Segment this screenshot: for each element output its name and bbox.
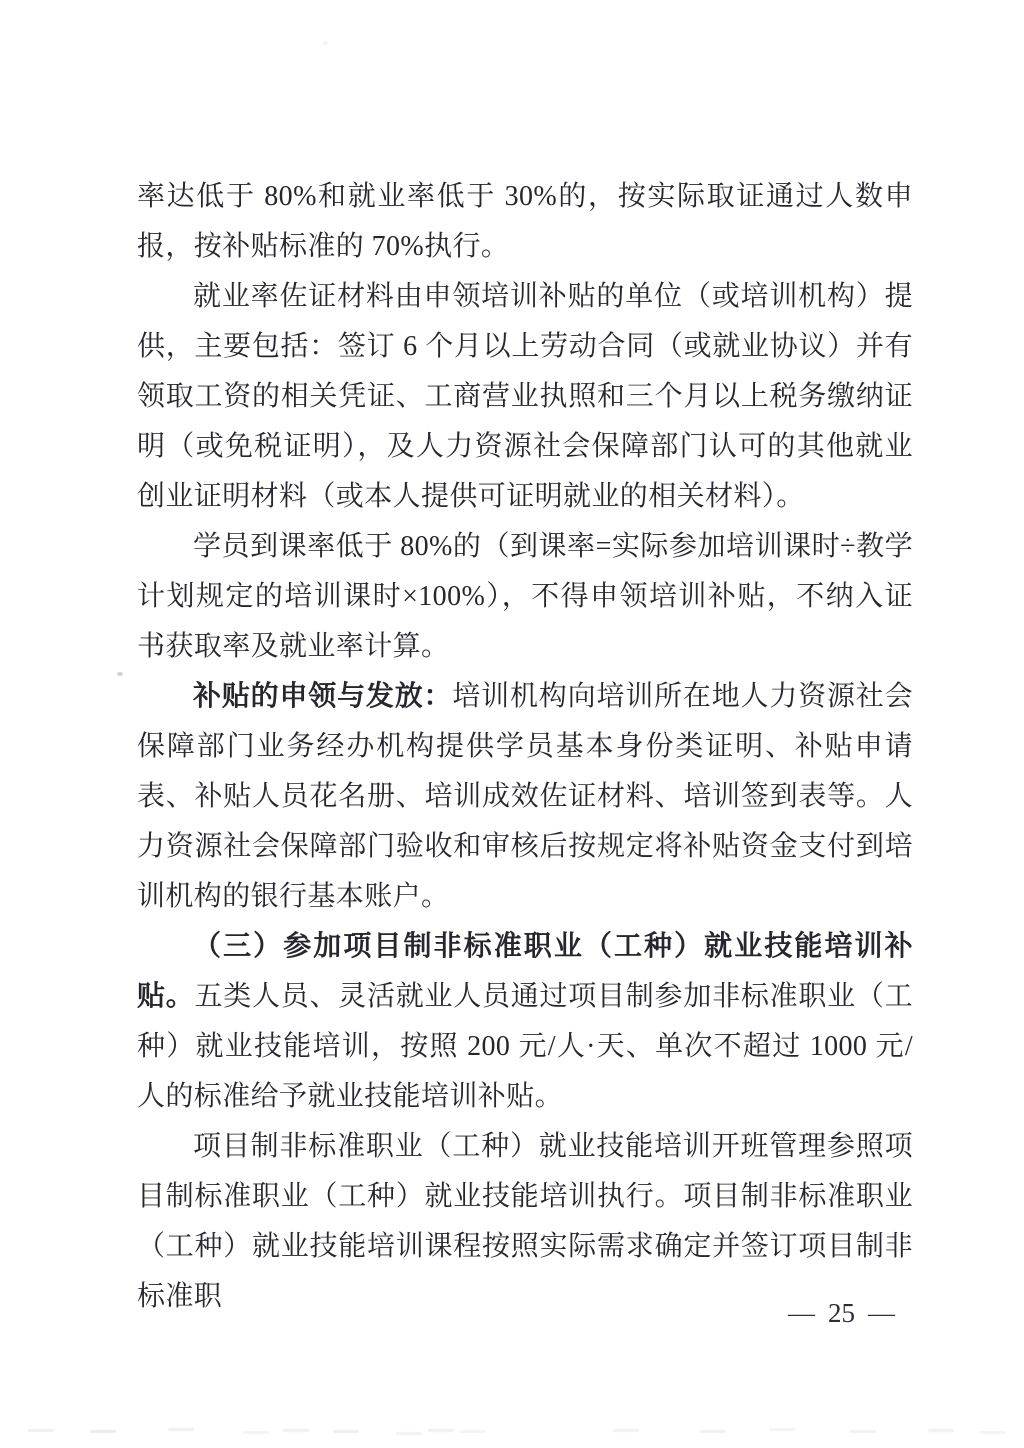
paragraph-3: 学员到课率低于 80%的（到课率=实际参加培训课时÷教学计划规定的培训课时×10… bbox=[137, 522, 913, 672]
paragraph-6: 项目制非标准职业（工种）就业技能培训开班管理参照项目制标准职业（工种）就业技能培… bbox=[137, 1122, 913, 1322]
text-block: 率达低于 80%和就业率低于 30%的，按实际取证通过人数申报，按补贴标准的 7… bbox=[137, 172, 913, 1322]
body-text: 就业率佐证材料由申领培训补贴的单位（或培训机构）提供，主要包括：签订 6 个月以… bbox=[137, 281, 913, 512]
page-number: — 25 — bbox=[788, 1298, 895, 1329]
body-text: 培训机构向培训所在地人力资源社会保障部门业务经办机构提供学员基本身份类证明、补贴… bbox=[137, 681, 913, 912]
body-text: 学员到课率低于 80%的（到课率=实际参加培训课时÷教学计划规定的培训课时×10… bbox=[137, 531, 913, 662]
page-number-dash-right: — bbox=[868, 1300, 895, 1328]
page-number-dash-left: — bbox=[788, 1300, 815, 1328]
paragraph-2: 就业率佐证材料由申领培训补贴的单位（或培训机构）提供，主要包括：签订 6 个月以… bbox=[137, 272, 913, 522]
document-page: 率达低于 80%和就业率低于 30%的，按实际取证通过人数申报，按补贴标准的 7… bbox=[0, 0, 1024, 1448]
paragraph-5: （三）参加项目制非标准职业（工种）就业技能培训补贴。五类人员、灵活就业人员通过项… bbox=[137, 922, 913, 1122]
page-number-value: 25 bbox=[828, 1298, 855, 1329]
inline-heading: 补贴的申领与发放： bbox=[193, 681, 452, 712]
paragraph-4: 补贴的申领与发放：培训机构向培训所在地人力资源社会保障部门业务经办机构提供学员基… bbox=[137, 672, 913, 922]
body-text: 五类人员、灵活就业人员通过项目制参加非标准职业（工种）就业技能培训，按照 200… bbox=[137, 981, 913, 1112]
body-text: 项目制非标准职业（工种）就业技能培训开班管理参照项目制标准职业（工种）就业技能培… bbox=[137, 1131, 913, 1312]
paragraph-1: 率达低于 80%和就业率低于 30%的，按实际取证通过人数申报，按补贴标准的 7… bbox=[137, 172, 913, 272]
scan-speck bbox=[323, 41, 328, 45]
body-text: 率达低于 80%和就业率低于 30%的，按实际取证通过人数申报，按补贴标准的 7… bbox=[137, 181, 913, 262]
scan-speck bbox=[117, 672, 123, 676]
scan-noise-band bbox=[28, 1429, 54, 1432]
